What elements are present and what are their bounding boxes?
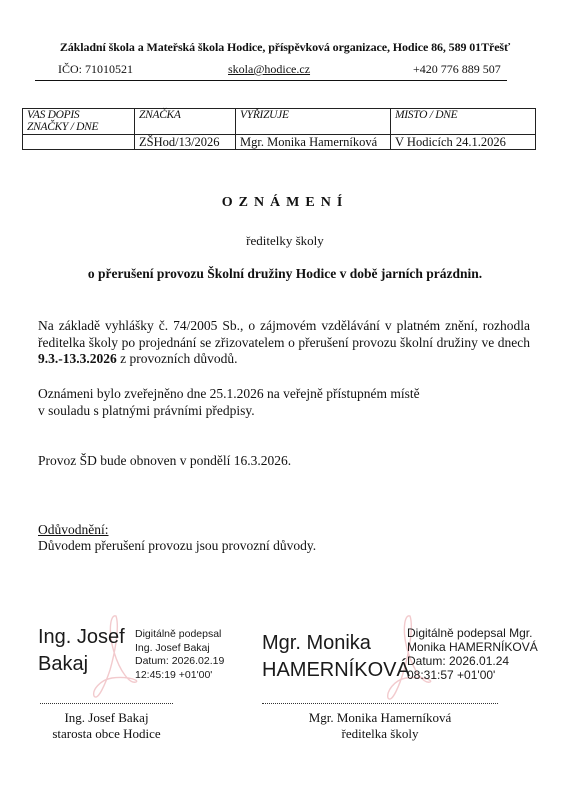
signature-details: Digitálně podepsal Ing. Josef Bakaj Datu… [135, 628, 224, 682]
value-cell-your-letter [23, 135, 135, 150]
value-cell-reference: ZŠHod/13/2026 [135, 135, 236, 150]
signature-details: Digitálně podepsal Mgr. Monika HAMERNÍKO… [407, 626, 538, 682]
signature-caption-mayor: Ing. Josef Bakaj starosta obce Hodice [40, 710, 173, 742]
header-cell-your-letter: VAS DOPISZNAČKY / DNE [23, 109, 135, 135]
header-divider [35, 80, 507, 81]
reason-label: Odůvodnění: [38, 522, 109, 538]
closure-dates: 9.3.-13.3.2026 [38, 351, 117, 366]
signature-caption-principal: Mgr. Monika Hamerníková ředitelka školy [262, 710, 498, 742]
organization-header: Základní škola a Mateřská škola Hodice, … [0, 40, 570, 55]
header-cell-reference: ZNAČKA [135, 109, 236, 135]
reference-table-header-row: VAS DOPISZNAČKY / DNE ZNAČKA VYŘIZUJE MI… [23, 109, 536, 135]
paragraph-publication: Oznámeni bylo zveřejněno dne 25.1.2026 n… [38, 386, 508, 419]
signature-line-principal [262, 703, 498, 704]
ico-number: IČO: 71010521 [58, 62, 133, 77]
value-cell-handled-by: Mgr. Monika Hamerníková [236, 135, 391, 150]
reason-text: Důvodem přerušení provozu jsou provozní … [38, 538, 316, 554]
reference-table: VAS DOPISZNAČKY / DNE ZNAČKA VYŘIZUJE MI… [22, 108, 536, 150]
signer-name-large: Ing. JosefBakaj [38, 624, 125, 678]
header-cell-place-date: MISTO / DNE [391, 109, 536, 135]
notice-subtitle: ředitelky školy [0, 233, 570, 249]
signer-name-large: Mgr. MonikaHAMERNÍKOVÁ [262, 630, 410, 684]
paragraph-reopening: Provoz ŠD bude obnoven v pondělí 16.3.20… [38, 453, 291, 470]
header-cell-handled-by: VYŘIZUJE [236, 109, 391, 135]
signature-line-mayor [40, 703, 173, 704]
paragraph-decision: Na základě vyhlášky č. 74/2005 Sb., o zá… [38, 318, 530, 368]
notice-title: OZNÁMENÍ [0, 195, 570, 211]
email-link[interactable]: skola@hodice.cz [228, 62, 310, 77]
phone-number: +420 776 889 507 [413, 62, 501, 77]
value-cell-place-date: V Hodicích 24.1.2026 [391, 135, 536, 150]
reference-table-value-row: ZŠHod/13/2026 Mgr. Monika Hamerníková V … [23, 135, 536, 150]
notice-headline: o přerušení provozu Školní družiny Hodic… [0, 266, 570, 282]
